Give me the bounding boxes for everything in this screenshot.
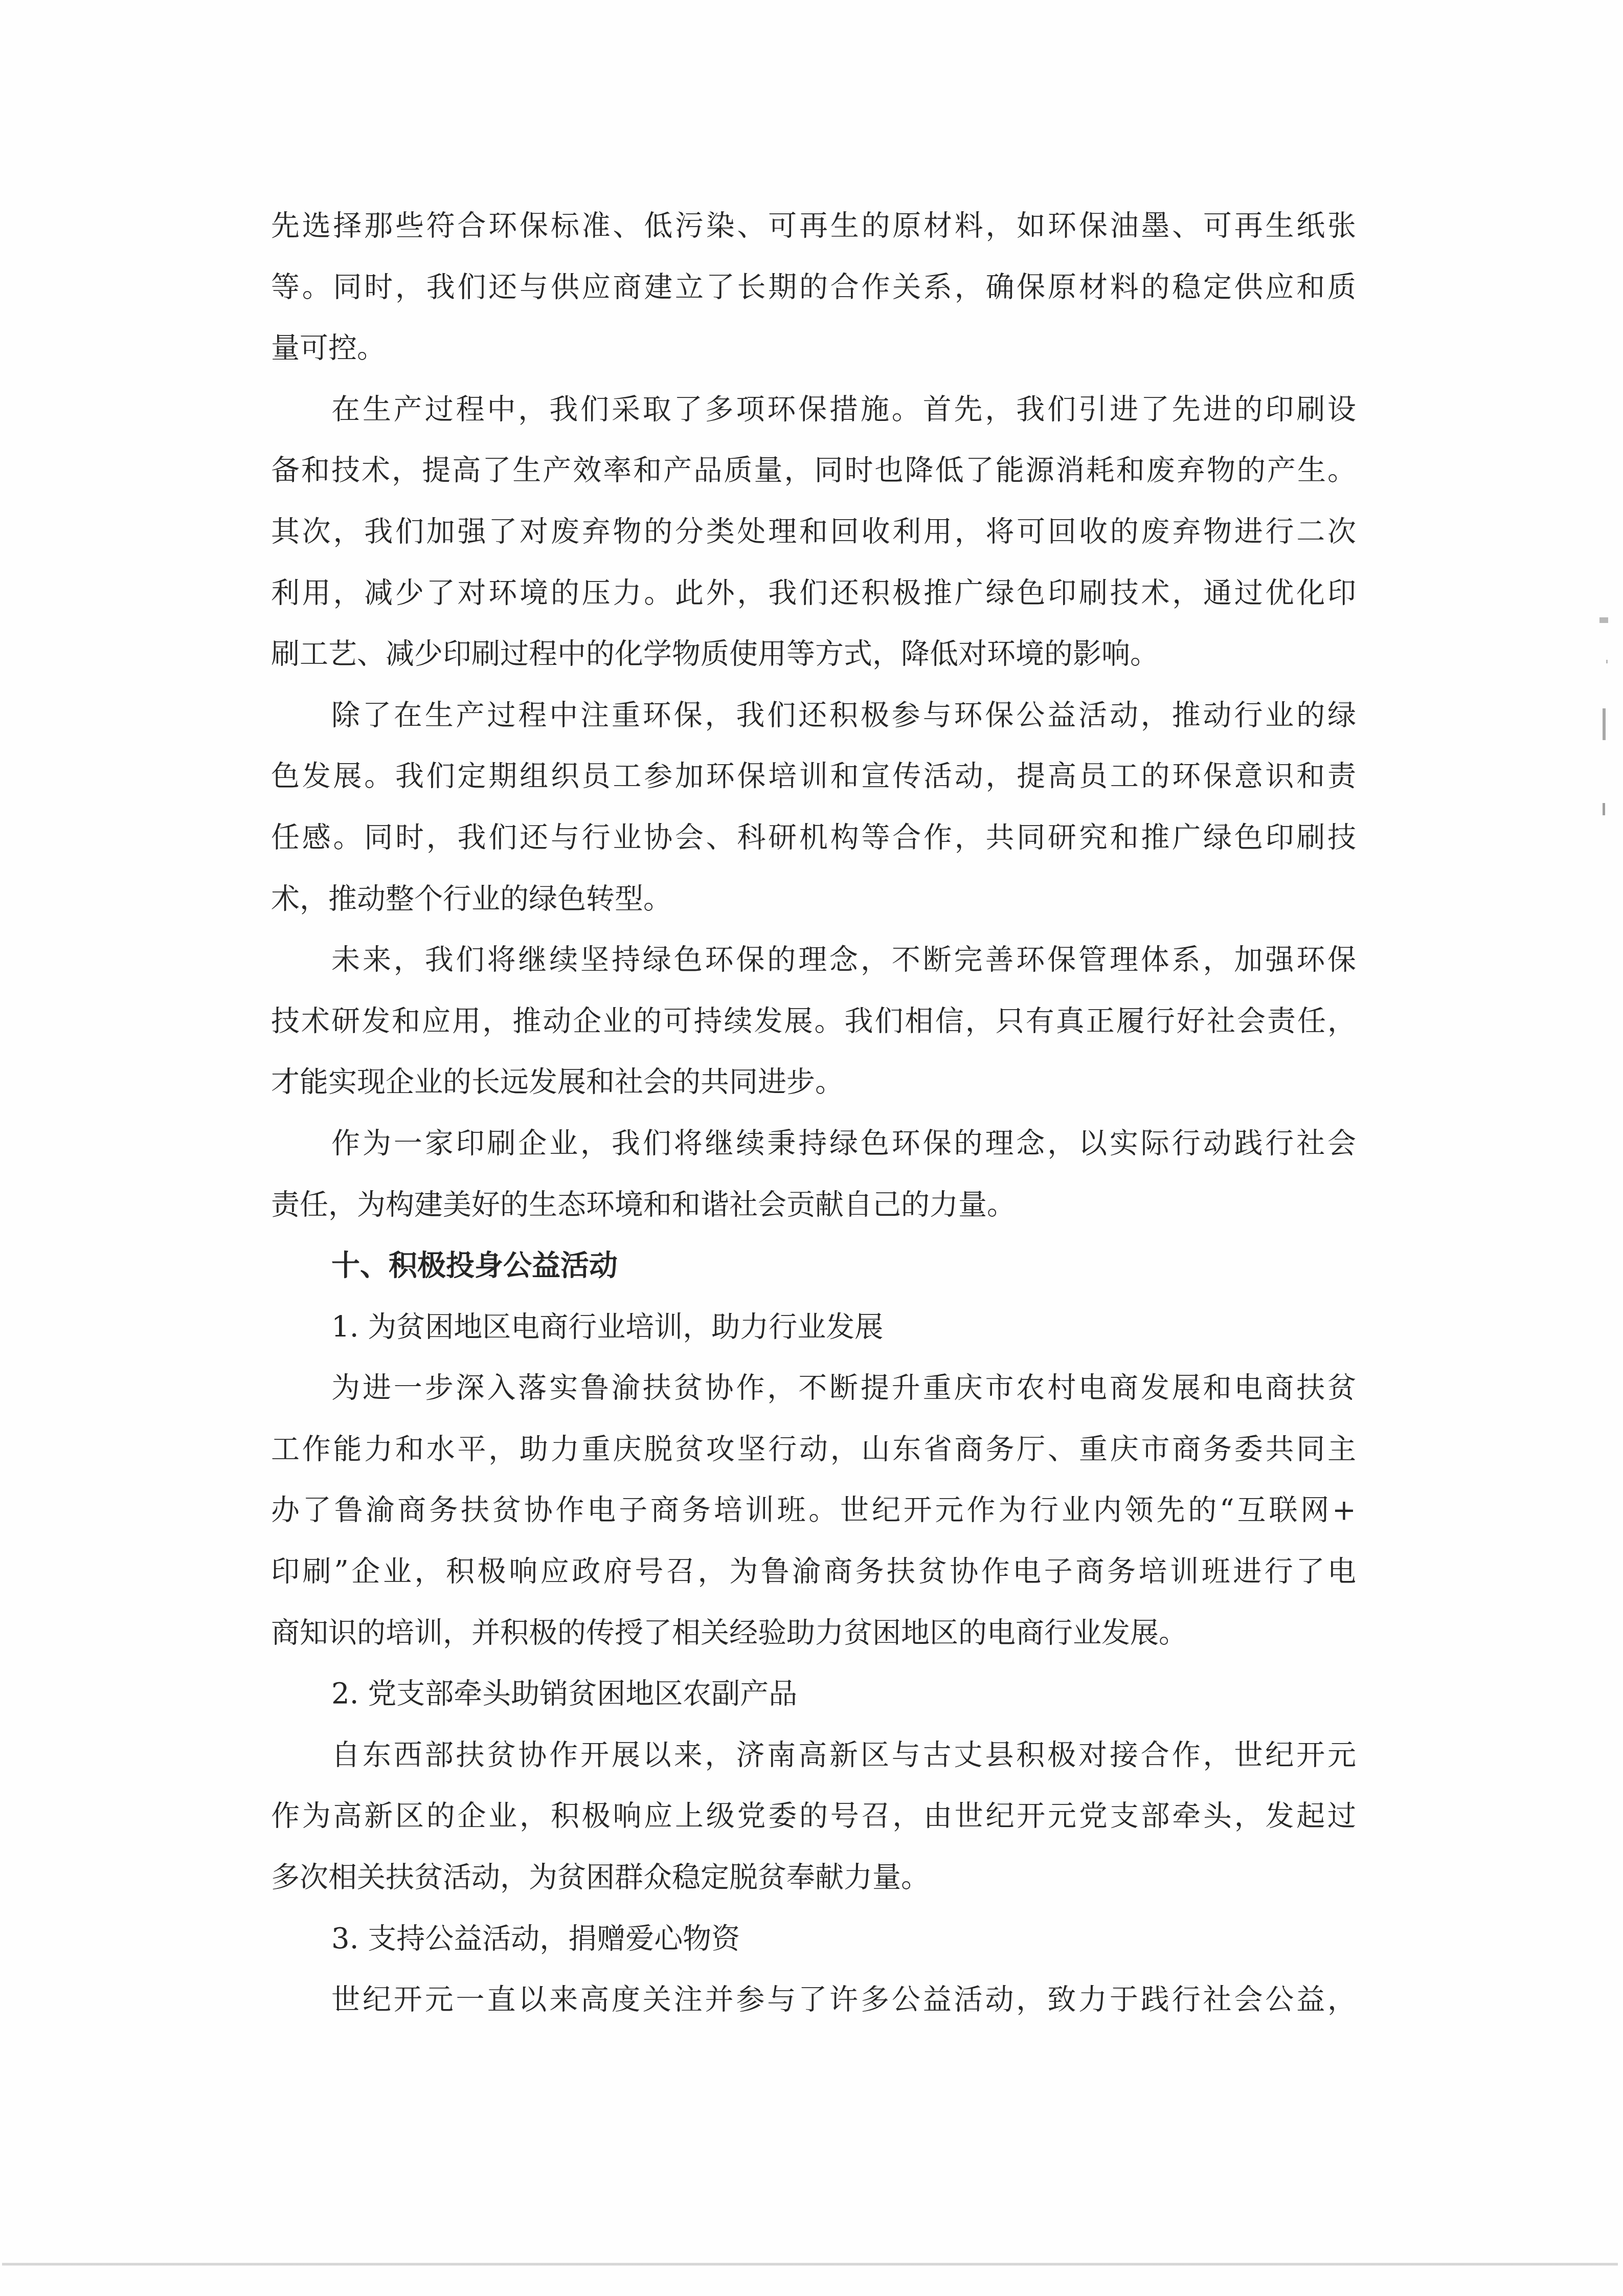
body-line: 技术研发和应用，推动企业的可持续发展。我们相信，只有真正履行好社会责任， xyxy=(271,991,1356,1052)
paragraph-first-line: 自东西部扶贫协作开展以来，济南高新区与古丈县积极对接合作，世纪开元 xyxy=(271,1725,1356,1786)
paragraph-first-line: 未来，我们将继续坚持绿色环保的理念，不断完善环保管理体系，加强环保 xyxy=(271,929,1356,991)
body-line: 先选择那些符合环保标准、低污染、可再生的原材料，如环保油墨、可再生纸张 xyxy=(271,195,1356,257)
paragraph-first-line: 除了在生产过程中注重环保，我们还积极参与环保公益活动，推动行业的绿 xyxy=(271,685,1356,746)
scan-artifact-mark xyxy=(1603,708,1606,740)
subsection-heading: 2. 党支部牵头助销贫困地区农副产品 xyxy=(271,1663,1356,1725)
subsection-heading: 1. 为贫困地区电商行业培训，助力行业发展 xyxy=(271,1297,1356,1358)
body-line: 才能实现企业的长远发展和社会的共同进步。 xyxy=(271,1052,1356,1113)
body-line: 印刷”企业，积极响应政府号召，为鲁渝商务扶贫协作电子商务培训班进行了电 xyxy=(271,1541,1356,1602)
paragraph-first-line: 作为一家印刷企业，我们将继续秉持绿色环保的理念，以实际行动践行社会 xyxy=(271,1113,1356,1174)
body-line: 任感。同时，我们还与行业协会、科研机构等合作，共同研究和推广绿色印刷技 xyxy=(271,807,1356,868)
document-body: 先选择那些符合环保标准、低污染、可再生的原材料，如环保油墨、可再生纸张 等。同时… xyxy=(271,195,1356,2031)
scan-artifact-mark xyxy=(1606,660,1608,663)
body-line: 其次，我们加强了对废弃物的分类处理和回收利用，将可回收的废弃物进行二次 xyxy=(271,501,1356,563)
paragraph-first-line: 世纪开元一直以来高度关注并参与了许多公益活动，致力于践行社会公益， xyxy=(271,1969,1356,2031)
scan-artifact-mark xyxy=(1603,803,1605,815)
body-line: 量可控。 xyxy=(271,318,1356,379)
body-line: 办了鲁渝商务扶贫协作电子商务培训班。世纪开元作为行业内领先的“互联网+ xyxy=(271,1480,1356,1541)
section-heading: 十、积极投身公益活动 xyxy=(271,1235,1356,1297)
paragraph-first-line: 为进一步深入落实鲁渝扶贫协作，不断提升重庆市农村电商发展和电商扶贫 xyxy=(271,1357,1356,1419)
subsection-heading: 3. 支持公益活动，捐赠爱心物资 xyxy=(271,1908,1356,1970)
body-line: 刷工艺、减少印刷过程中的化学物质使用等方式，降低对环境的影响。 xyxy=(271,623,1356,685)
body-line: 多次相关扶贫活动，为贫困群众稳定脱贫奉献力量。 xyxy=(271,1847,1356,1908)
body-line: 备和技术，提高了生产效率和产品质量，同时也降低了能源消耗和废弃物的产生。 xyxy=(271,440,1356,501)
body-line: 商知识的培训，并积极的传授了相关经验助力贫困地区的电商行业发展。 xyxy=(271,1602,1356,1664)
body-line: 作为高新区的企业，积极响应上级党委的号召，由世纪开元党支部牵头，发起过 xyxy=(271,1786,1356,1847)
scanned-document-page: 先选择那些符合环保标准、低污染、可再生的原材料，如环保油墨、可再生纸张 等。同时… xyxy=(0,0,1623,2296)
body-line: 责任，为构建美好的生态环境和和谐社会贡献自己的力量。 xyxy=(271,1174,1356,1236)
scan-artifact-mark xyxy=(1599,617,1608,623)
scan-bottom-edge xyxy=(2,2263,1618,2266)
body-line: 工作能力和水平，助力重庆脱贫攻坚行动，山东省商务厅、重庆市商务委共同主 xyxy=(271,1419,1356,1480)
paragraph-first-line: 在生产过程中，我们采取了多项环保措施。首先，我们引进了先进的印刷设 xyxy=(271,379,1356,440)
body-line: 利用，减少了对环境的压力。此外，我们还积极推广绿色印刷技术，通过优化印 xyxy=(271,563,1356,624)
body-line: 术，推动整个行业的绿色转型。 xyxy=(271,868,1356,930)
body-line: 色发展。我们定期组织员工参加环保培训和宣传活动，提高员工的环保意识和责 xyxy=(271,746,1356,807)
body-line: 等。同时，我们还与供应商建立了长期的合作关系，确保原材料的稳定供应和质 xyxy=(271,257,1356,318)
